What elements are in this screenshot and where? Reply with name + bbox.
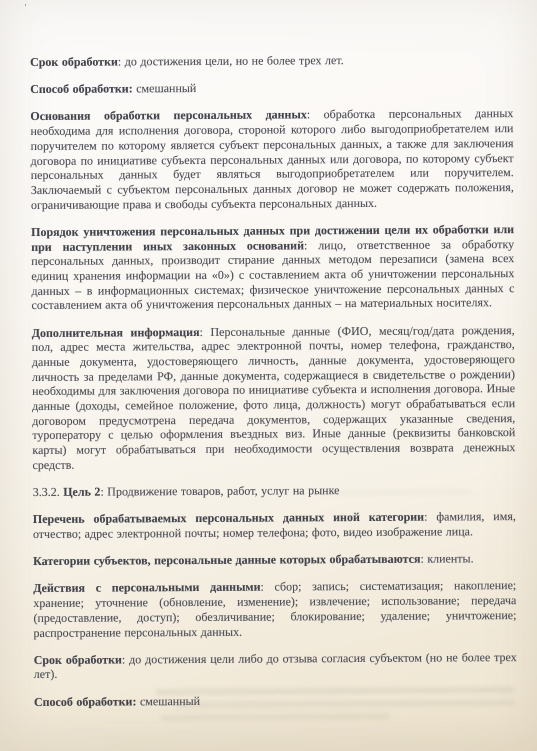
paragraph-body: смешанный <box>136 694 200 708</box>
paragraph-label: Срок обработки <box>34 652 122 667</box>
paragraph-label: Способ обработки: <box>30 82 133 97</box>
paragraph-additional-info: Дополнительная информация: Персональные … <box>32 323 516 473</box>
scanned-document-page: ' Срок обработки: до достижения цели, но… <box>0 0 537 751</box>
paragraph-goal-2-heading: 3.3.2. Цель 2: Продвижение товаров, рабо… <box>33 482 516 500</box>
paragraph-label: Перечень обрабатываемых персональных дан… <box>33 510 424 526</box>
paragraph-body: : до достижения цели, но не более трех л… <box>118 53 344 68</box>
paragraph-label: Основания обработки персональных данных <box>30 108 307 124</box>
corner-pen-mark: ' <box>23 2 27 14</box>
paragraph-data-actions: Действия с персональными данными: сбор; … <box>33 578 516 640</box>
paragraph-processing-term-1: Срок обработки: до достижения цели, но н… <box>30 52 513 70</box>
paragraph-prefix: 3.3.2. <box>33 485 64 499</box>
paragraph-label: Дополнительная информация <box>32 325 200 340</box>
paragraph-processing-method-2: Способ обработки: смешанный <box>34 692 517 710</box>
paragraph-body: : Продвижение товаров, работ, услуг на р… <box>100 483 339 498</box>
paragraph-processing-method-1: Способ обработки: смешанный <box>30 79 513 97</box>
paragraph-processing-grounds: Основания обработки персональных данных:… <box>30 106 514 212</box>
paragraph-destruction-procedure: Порядок уничтожения персональных данных … <box>31 222 515 313</box>
paragraph-body: : Персональные данные (ФИО, месяц/год/да… <box>32 323 516 472</box>
paragraph-subject-categories: Категории субъектов, персональные данные… <box>33 551 516 569</box>
paragraph-label: Категории субъектов, персональные данные… <box>33 552 420 568</box>
paragraph-processing-term-2: Срок обработки: до достижения цели либо … <box>34 650 517 682</box>
document-text-block: Срок обработки: до достижения цели, но н… <box>30 52 517 722</box>
paragraph-label: Способ обработки: <box>34 694 137 709</box>
paragraph-body: : клиенты. <box>420 551 473 565</box>
paragraph-body: смешанный <box>133 81 197 95</box>
paragraph-label: Действия с персональными данными <box>33 580 260 595</box>
paragraph-label: Срок обработки <box>30 54 118 69</box>
paragraph-data-list-other-category: Перечень обрабатываемых персональных дан… <box>33 509 516 541</box>
paragraph-label: Цель 2 <box>63 485 100 499</box>
